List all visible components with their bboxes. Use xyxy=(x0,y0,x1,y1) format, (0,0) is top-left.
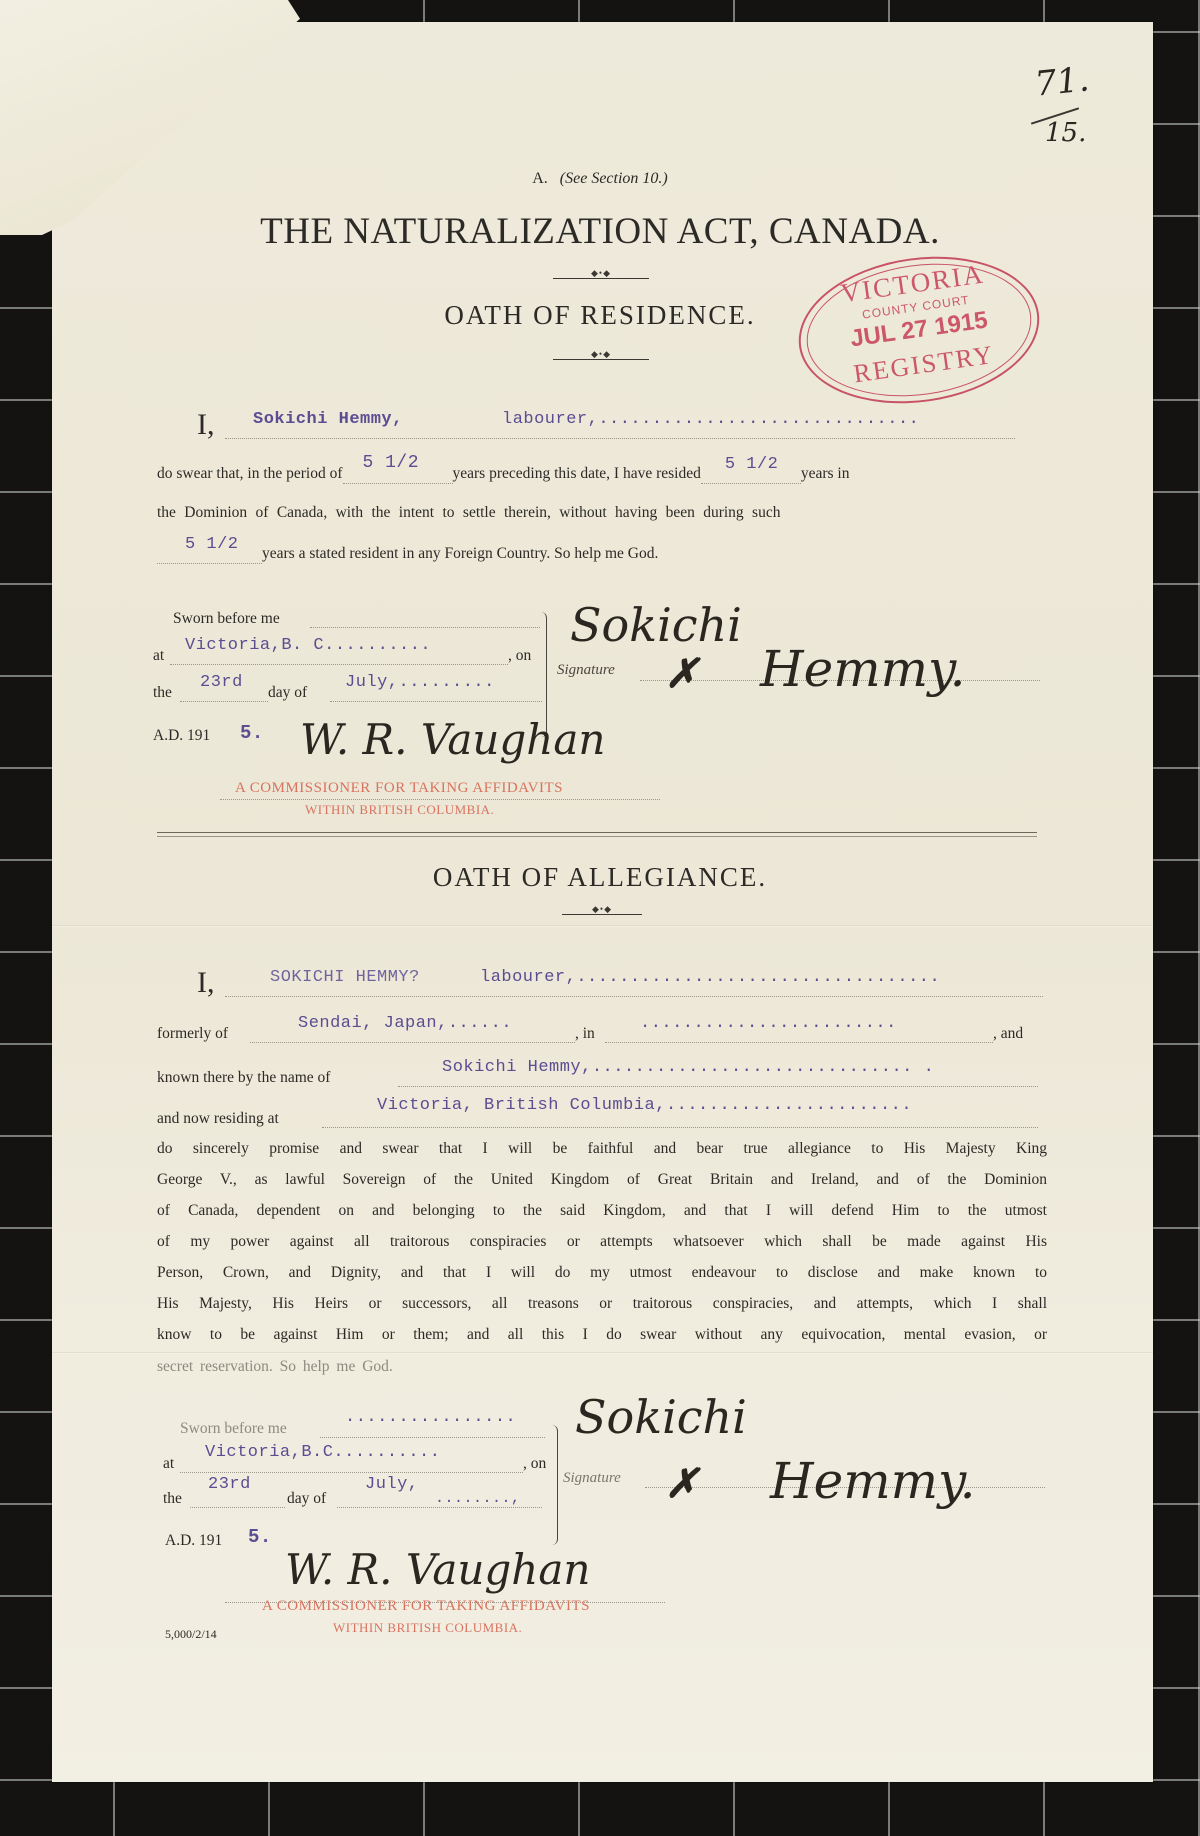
resided-field[interactable]: 5 1/2 xyxy=(701,465,801,484)
allegiance-signature-label: Signature xyxy=(563,1470,621,1487)
corner-annotation-top: 71. xyxy=(1033,59,1091,104)
paragraph-line: of my power against all traitorous consp… xyxy=(157,1233,1047,1251)
paragraph-line: His Majesty, His Heirs or successors, al… xyxy=(157,1295,1047,1313)
allegiance-signature-last: Hemmy. xyxy=(770,1452,976,1510)
allegiance-name-typed[interactable]: SOKICHI HEMMY? xyxy=(270,968,420,987)
ornament-divider-icon xyxy=(562,910,642,920)
residence-name-typed[interactable]: Sokichi Hemmy, xyxy=(253,410,403,429)
residing-value: Victoria, British Columbia,.............… xyxy=(377,1096,912,1115)
residence-day-value: 23rd xyxy=(200,673,243,692)
residence-line4: 5 1/2 years a stated resident in any For… xyxy=(157,545,658,564)
residence-line2: do swear that, in the period of5 1/2 yea… xyxy=(157,465,849,484)
in-value: ........................ xyxy=(640,1014,897,1033)
residing-label: and now residing at xyxy=(157,1110,279,1128)
allegiance-day-of-label: day of xyxy=(287,1490,326,1508)
paragraph-line: know to be against Him or them; and all … xyxy=(157,1326,1047,1344)
paper-fold-crease xyxy=(52,1352,1153,1354)
paragraph-line: Person, Crown, and Dignity, and that I w… xyxy=(157,1264,1047,1282)
allegiance-the-label: the xyxy=(163,1490,182,1508)
residence-day-of-label: day of xyxy=(268,684,307,702)
residence-the-label: the xyxy=(153,684,172,702)
formerly-label: formerly of xyxy=(157,1025,228,1043)
residence-year-value: 5. xyxy=(240,722,264,744)
form-reference: A. (See Section 10.) xyxy=(0,170,1200,188)
allegiance-signature-first: Sokichi xyxy=(575,1390,747,1444)
residence-ad-label: A.D. 191 xyxy=(153,727,210,745)
residence-signature-mark: ✗ xyxy=(665,650,699,697)
section-divider xyxy=(157,832,1037,837)
form-number: 5,000/2/14 xyxy=(165,1627,217,1642)
residence-commissioner-title-2: WITHIN BRITISH COLUMBIA. xyxy=(305,802,494,818)
text-years-in: years in xyxy=(801,465,850,482)
residence-line3: the Dominion of Canada, with the intent … xyxy=(157,504,780,522)
allegiance-signature-mark: ✗ xyxy=(665,1460,699,1507)
sworn-before-line xyxy=(310,610,540,628)
period-field[interactable]: 5 1/2 xyxy=(343,465,453,484)
residence-commissioner-signature: W. R. Vaughan xyxy=(300,715,605,764)
brace-bracket xyxy=(551,1425,558,1545)
paper-fold-crease xyxy=(52,925,1153,927)
foreign-period-value: 5 1/2 xyxy=(185,535,239,554)
form-letter: A. xyxy=(532,170,548,187)
ornament-divider-icon xyxy=(553,355,649,365)
allegiance-commissioner-title-2: WITHIN BRITISH COLUMBIA. xyxy=(333,1620,522,1636)
residence-on-label: , on xyxy=(508,647,531,665)
resided-value: 5 1/2 xyxy=(725,455,779,474)
in-label: , in xyxy=(575,1025,595,1043)
text-period-of: do swear that, in the period of xyxy=(157,465,343,482)
residence-at-label: at xyxy=(153,647,164,665)
formerly-value: Sendai, Japan,...... xyxy=(298,1014,512,1033)
text-stated-resident: years a stated resident in any Foreign C… xyxy=(262,545,658,562)
allegiance-month-dots: ........, xyxy=(435,1490,521,1507)
paragraph-line: of Canada, dependent on and belonging to… xyxy=(157,1202,1047,1220)
allegiance-sworn-label: Sworn before me xyxy=(180,1420,287,1438)
document-title: THE NATURALIZATION ACT, CANADA. xyxy=(0,210,1200,253)
paragraph-line: George V., as lawful Sovereign of the Un… xyxy=(157,1171,1047,1189)
pronoun-i: I, xyxy=(197,966,215,1000)
period-value: 5 1/2 xyxy=(363,453,420,473)
allegiance-commissioner-title-1: A COMMISSIONER FOR TAKING AFFIDAVITS xyxy=(262,1598,590,1615)
allegiance-month-value: July, xyxy=(365,1475,419,1494)
allegiance-ad-label: A.D. 191 xyxy=(165,1532,222,1550)
section-reference: (See Section 10.) xyxy=(560,170,668,187)
allegiance-heading: OATH OF ALLEGIANCE. xyxy=(0,862,1200,893)
allegiance-day-value: 23rd xyxy=(208,1475,251,1494)
paragraph-line: do sincerely promise and swear that I wi… xyxy=(157,1140,1047,1158)
ornament-divider-icon xyxy=(553,274,649,284)
residence-signature-last: Hemmy. xyxy=(760,640,966,698)
text-years-preceding: years preceding this date, I have reside… xyxy=(453,465,701,482)
residence-month-value: July,......... xyxy=(345,673,495,692)
residence-occupation-typed[interactable]: labourer,.............................. xyxy=(502,410,919,429)
residence-at-value: Victoria,B. C.......... xyxy=(185,636,431,655)
residence-signature-first: Sokichi xyxy=(570,598,742,652)
known-label: known there by the name of xyxy=(157,1069,330,1087)
allegiance-at-label: at xyxy=(163,1455,174,1473)
residence-sworn-label: Sworn before me xyxy=(173,610,280,628)
allegiance-occupation-typed[interactable]: labourer,...............................… xyxy=(480,968,940,987)
and-label: , and xyxy=(993,1025,1023,1043)
residence-signature-label: Signature xyxy=(557,662,615,679)
allegiance-at-value: Victoria,B.C.......... xyxy=(205,1443,440,1462)
foreign-period-field[interactable]: 5 1/2 xyxy=(157,545,262,564)
allegiance-year-value: 5. xyxy=(248,1526,272,1548)
known-value: Sokichi Hemmy,..........................… xyxy=(442,1058,934,1077)
allegiance-on-label: , on xyxy=(523,1455,546,1473)
paragraph-line: secret reservation. So help me God. xyxy=(157,1358,393,1376)
commissioner-line xyxy=(220,784,660,800)
allegiance-sworn-value: ................ xyxy=(345,1408,516,1427)
corner-annotation-bottom: 15. xyxy=(1045,118,1086,148)
pronoun-i: I, xyxy=(197,408,215,442)
